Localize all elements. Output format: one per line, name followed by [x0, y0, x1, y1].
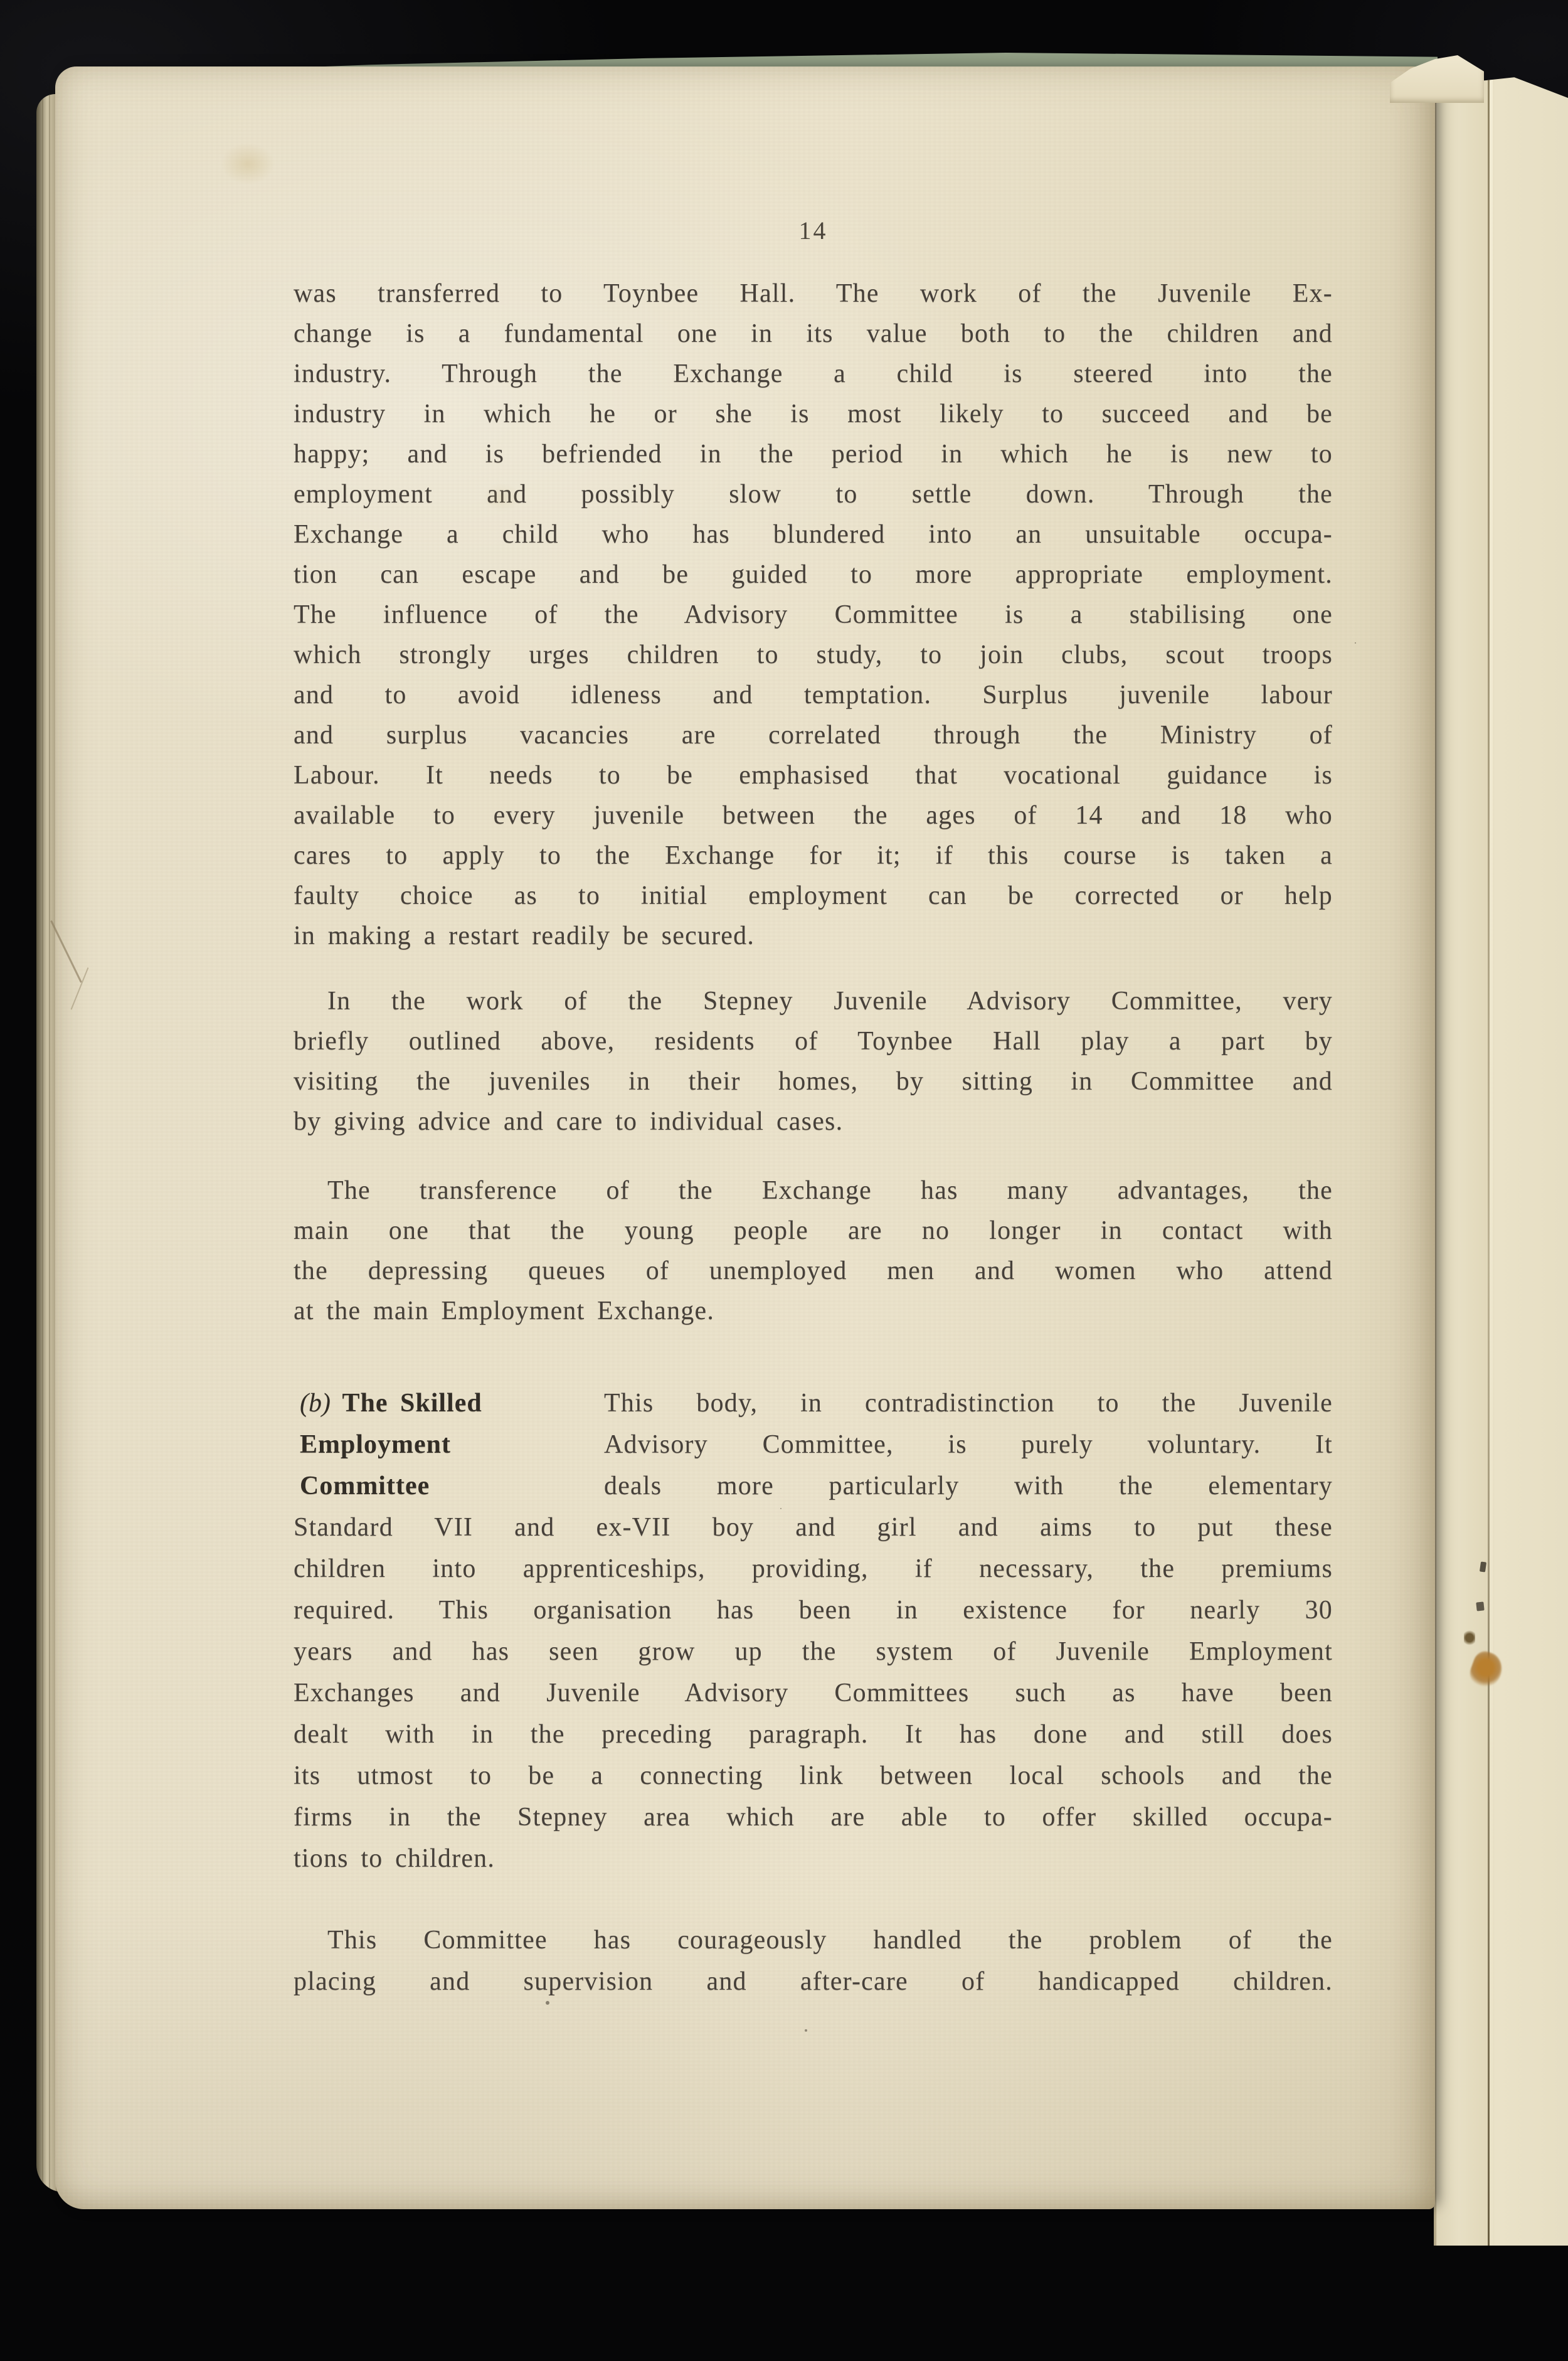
text-line: Exchanges and Juvenile Advisory Committe…: [294, 1672, 1333, 1714]
text-line: industry in which he or she is most like…: [294, 394, 1333, 434]
section-letter: (b): [300, 1389, 342, 1418]
photograph-background: 14 was transferred to Toynbee Hall. The …: [0, 0, 1568, 2361]
text-line: the depressing queues of unemployed men …: [294, 1251, 1333, 1291]
text-line: This Committee has courageously handled …: [294, 1919, 1333, 1961]
text-line: dealt with in the preceding paragraph. I…: [294, 1714, 1333, 1755]
book-page: 14 was transferred to Toynbee Hall. The …: [55, 66, 1435, 2209]
text-line: available to every juvenile between the …: [294, 795, 1333, 836]
text-line: Labour. It needs to be emphasised that v…: [294, 755, 1333, 795]
text-line: and surplus vacancies are correlated thr…: [294, 715, 1333, 755]
text-line: happy; and is befriended in the period i…: [294, 434, 1333, 474]
paragraph: This Committee has courageously handled …: [294, 1919, 1333, 2002]
text-line: at the main Employment Exchange.: [294, 1291, 1333, 1331]
crease-highlight: [1490, 74, 1493, 2246]
text-line: briefly outlined above, residents of Toy…: [294, 1021, 1333, 1061]
text-line: firms in the Stepney area which are able…: [294, 1796, 1333, 1838]
text-line: The transference of the Exchange has man…: [294, 1170, 1333, 1211]
ink-speck: [1480, 1561, 1486, 1572]
paragraph: The transference of the Exchange has man…: [294, 1170, 1333, 1331]
section-label-line: Employment: [300, 1424, 604, 1465]
paragraph: (b) The SkilledEmploymentCommitteeThis b…: [294, 1382, 1333, 1879]
text-line: employment and possibly slow to settle d…: [294, 474, 1333, 514]
text-line: main one that the young people are no lo…: [294, 1211, 1333, 1251]
text-line: tions to children.: [294, 1838, 1333, 1879]
text-line: The influence of the Advisory Committee …: [294, 595, 1333, 635]
foxing-stain: [1466, 1648, 1507, 1691]
text-line: required. This organisation has been in …: [294, 1589, 1333, 1631]
facing-page-edge: [1434, 74, 1568, 2246]
text-line: placing and supervision and after-care o…: [294, 1961, 1333, 2002]
foxing-stain: [1464, 1630, 1475, 1646]
text-block: was transferred to Toynbee Hall. The wor…: [294, 273, 1333, 2002]
text-line: change is a fundamental one in its value…: [294, 314, 1333, 354]
ink-speck: [1476, 1601, 1484, 1611]
text-line: years and has seen grow up the system of…: [294, 1631, 1333, 1672]
text-line: Exchange a child who has blundered into …: [294, 514, 1333, 554]
paragraph: In the work of the Stepney Juvenile Advi…: [294, 981, 1333, 1142]
text-line: which strongly urges children to study, …: [294, 635, 1333, 675]
text-line: and to avoid idleness and temptation. Su…: [294, 675, 1333, 715]
paper-specks: [546, 2001, 549, 2005]
text-line: faulty choice as to initial employment c…: [294, 876, 1333, 916]
paper-stain: [483, 483, 521, 512]
text-line: visiting the juveniles in their homes, b…: [294, 1061, 1333, 1101]
text-line: cares to apply to the Exchange for it; i…: [294, 836, 1333, 876]
text-line: tion can escape and be guided to more ap…: [294, 554, 1333, 595]
text-line: industry. Through the Exchange a child i…: [294, 354, 1333, 394]
text-line: Standard VII and ex-VII boy and girl and…: [294, 1507, 1333, 1548]
paragraph: was transferred to Toynbee Hall. The wor…: [294, 273, 1333, 956]
text-line: by giving advice and care to individual …: [294, 1101, 1333, 1142]
section-label: (b) The SkilledEmploymentCommittee: [294, 1382, 604, 1507]
text-line: In the work of the Stepney Juvenile Advi…: [294, 981, 1333, 1021]
text-line: its utmost to be a connecting link betwe…: [294, 1755, 1333, 1796]
section-label-line: (b) The Skilled: [300, 1382, 604, 1424]
paper-stain: [221, 143, 275, 184]
text-line: was transferred to Toynbee Hall. The wor…: [294, 273, 1333, 314]
page-number: 14: [294, 217, 1333, 245]
section-label-line: Committee: [300, 1465, 604, 1507]
page-content: 14 was transferred to Toynbee Hall. The …: [294, 66, 1333, 2002]
text-line: children into apprenticeships, providing…: [294, 1548, 1333, 1589]
text-line: in making a restart readily be secured.: [294, 916, 1333, 956]
